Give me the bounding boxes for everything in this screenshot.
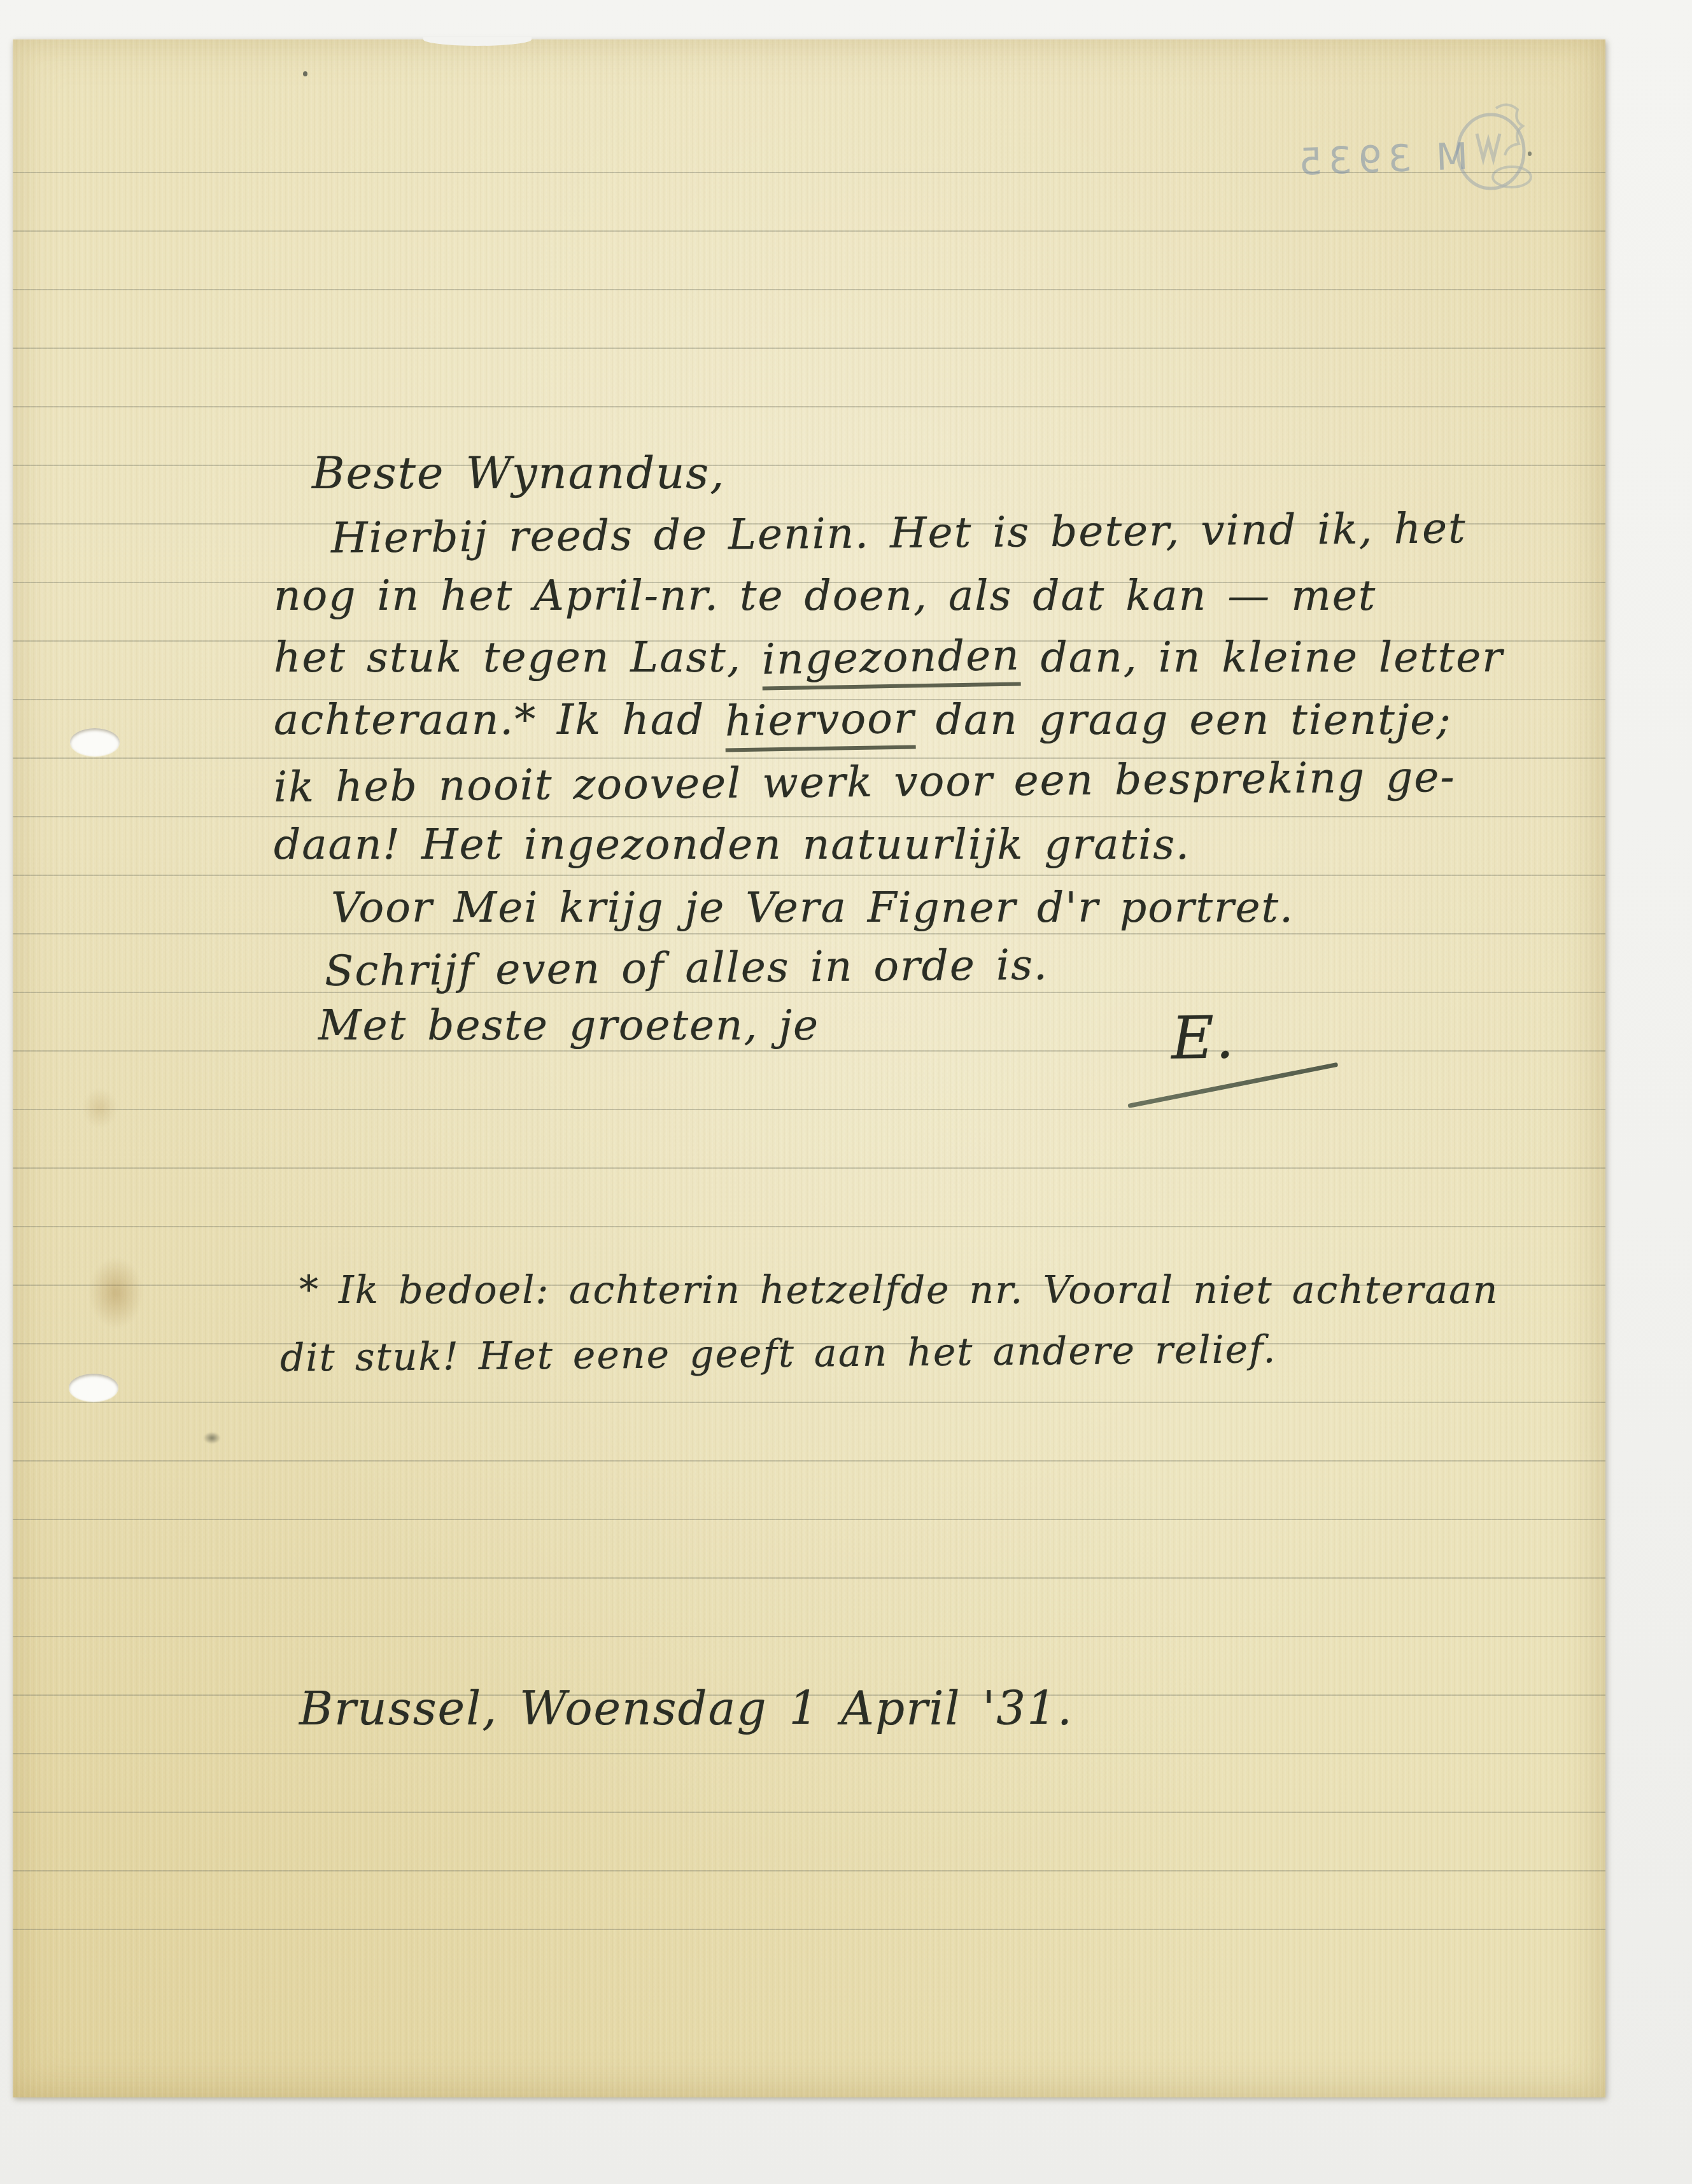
closing-line: Met beste groeten, je: [318, 1001, 819, 1050]
footnote-line-2: dit stuk! Het eene geeft aan het andere …: [280, 1327, 1277, 1381]
body-line-5: ik heb nooit zooveel werk voor een bespr…: [274, 752, 1456, 812]
body-line-3: het stuk tegen Last, ingezonden dan, in …: [274, 633, 1504, 688]
paper-tear: [423, 37, 532, 46]
body-line-4-pre: achteraan.* Ik had: [274, 695, 725, 750]
body-line-7: Voor Mei krijg je Vera Figner d'r portre…: [331, 883, 1294, 932]
stain: [83, 1088, 117, 1128]
greeting-line: Beste Wynandus,: [312, 447, 726, 499]
dateline: Brussel, Woensdag 1 April '31.: [299, 1682, 1073, 1735]
signature: E.: [1171, 1003, 1236, 1073]
body-line-2: nog in het April-nr. te doen, als dat ka…: [274, 571, 1376, 620]
body-line-3-post: dan, in kleine letter: [1020, 633, 1504, 688]
ruled-lines: [13, 172, 1605, 1930]
speck: [303, 71, 307, 76]
underlined-word-hiervoor: hiervoor: [725, 693, 916, 752]
stamp-number-mirrored: M 3935: [1292, 134, 1469, 184]
stamp-emblem-icon: [1451, 95, 1540, 197]
speck: [1528, 151, 1532, 156]
body-line-6: daan! Het ingezonden natuurlijk gratis.: [274, 820, 1190, 869]
punch-hole-top: [70, 728, 120, 756]
stain: [89, 1257, 143, 1328]
underlined-word-ingezonden: ingezonden: [761, 630, 1020, 690]
punch-hole-bottom: [69, 1374, 118, 1402]
paper: M 3935 Beste Wynandus, Hierbij reeds de …: [13, 39, 1605, 2097]
paper-texture: [13, 39, 1605, 2097]
body-line-1: Hierbij reeds de Lenin. Het is beter, vi…: [331, 504, 1467, 563]
body-line-8: Schrijf even of alles in orde is.: [325, 940, 1048, 996]
stain: [204, 1432, 220, 1444]
body-line-4-post: dan graag een tientje;: [915, 695, 1452, 750]
bleed-through-stamp: M 3935: [1292, 90, 1540, 227]
footnote-line-1: * Ik bedoel: achterin hetzelfde nr. Voor…: [299, 1268, 1498, 1313]
body-line-4: achteraan.* Ik had hiervoor dan graag ee…: [274, 695, 1452, 750]
body-line-3-pre: het stuk tegen Last,: [274, 633, 762, 688]
scanner-background: M 3935 Beste Wynandus, Hierbij reeds de …: [0, 0, 1692, 2184]
